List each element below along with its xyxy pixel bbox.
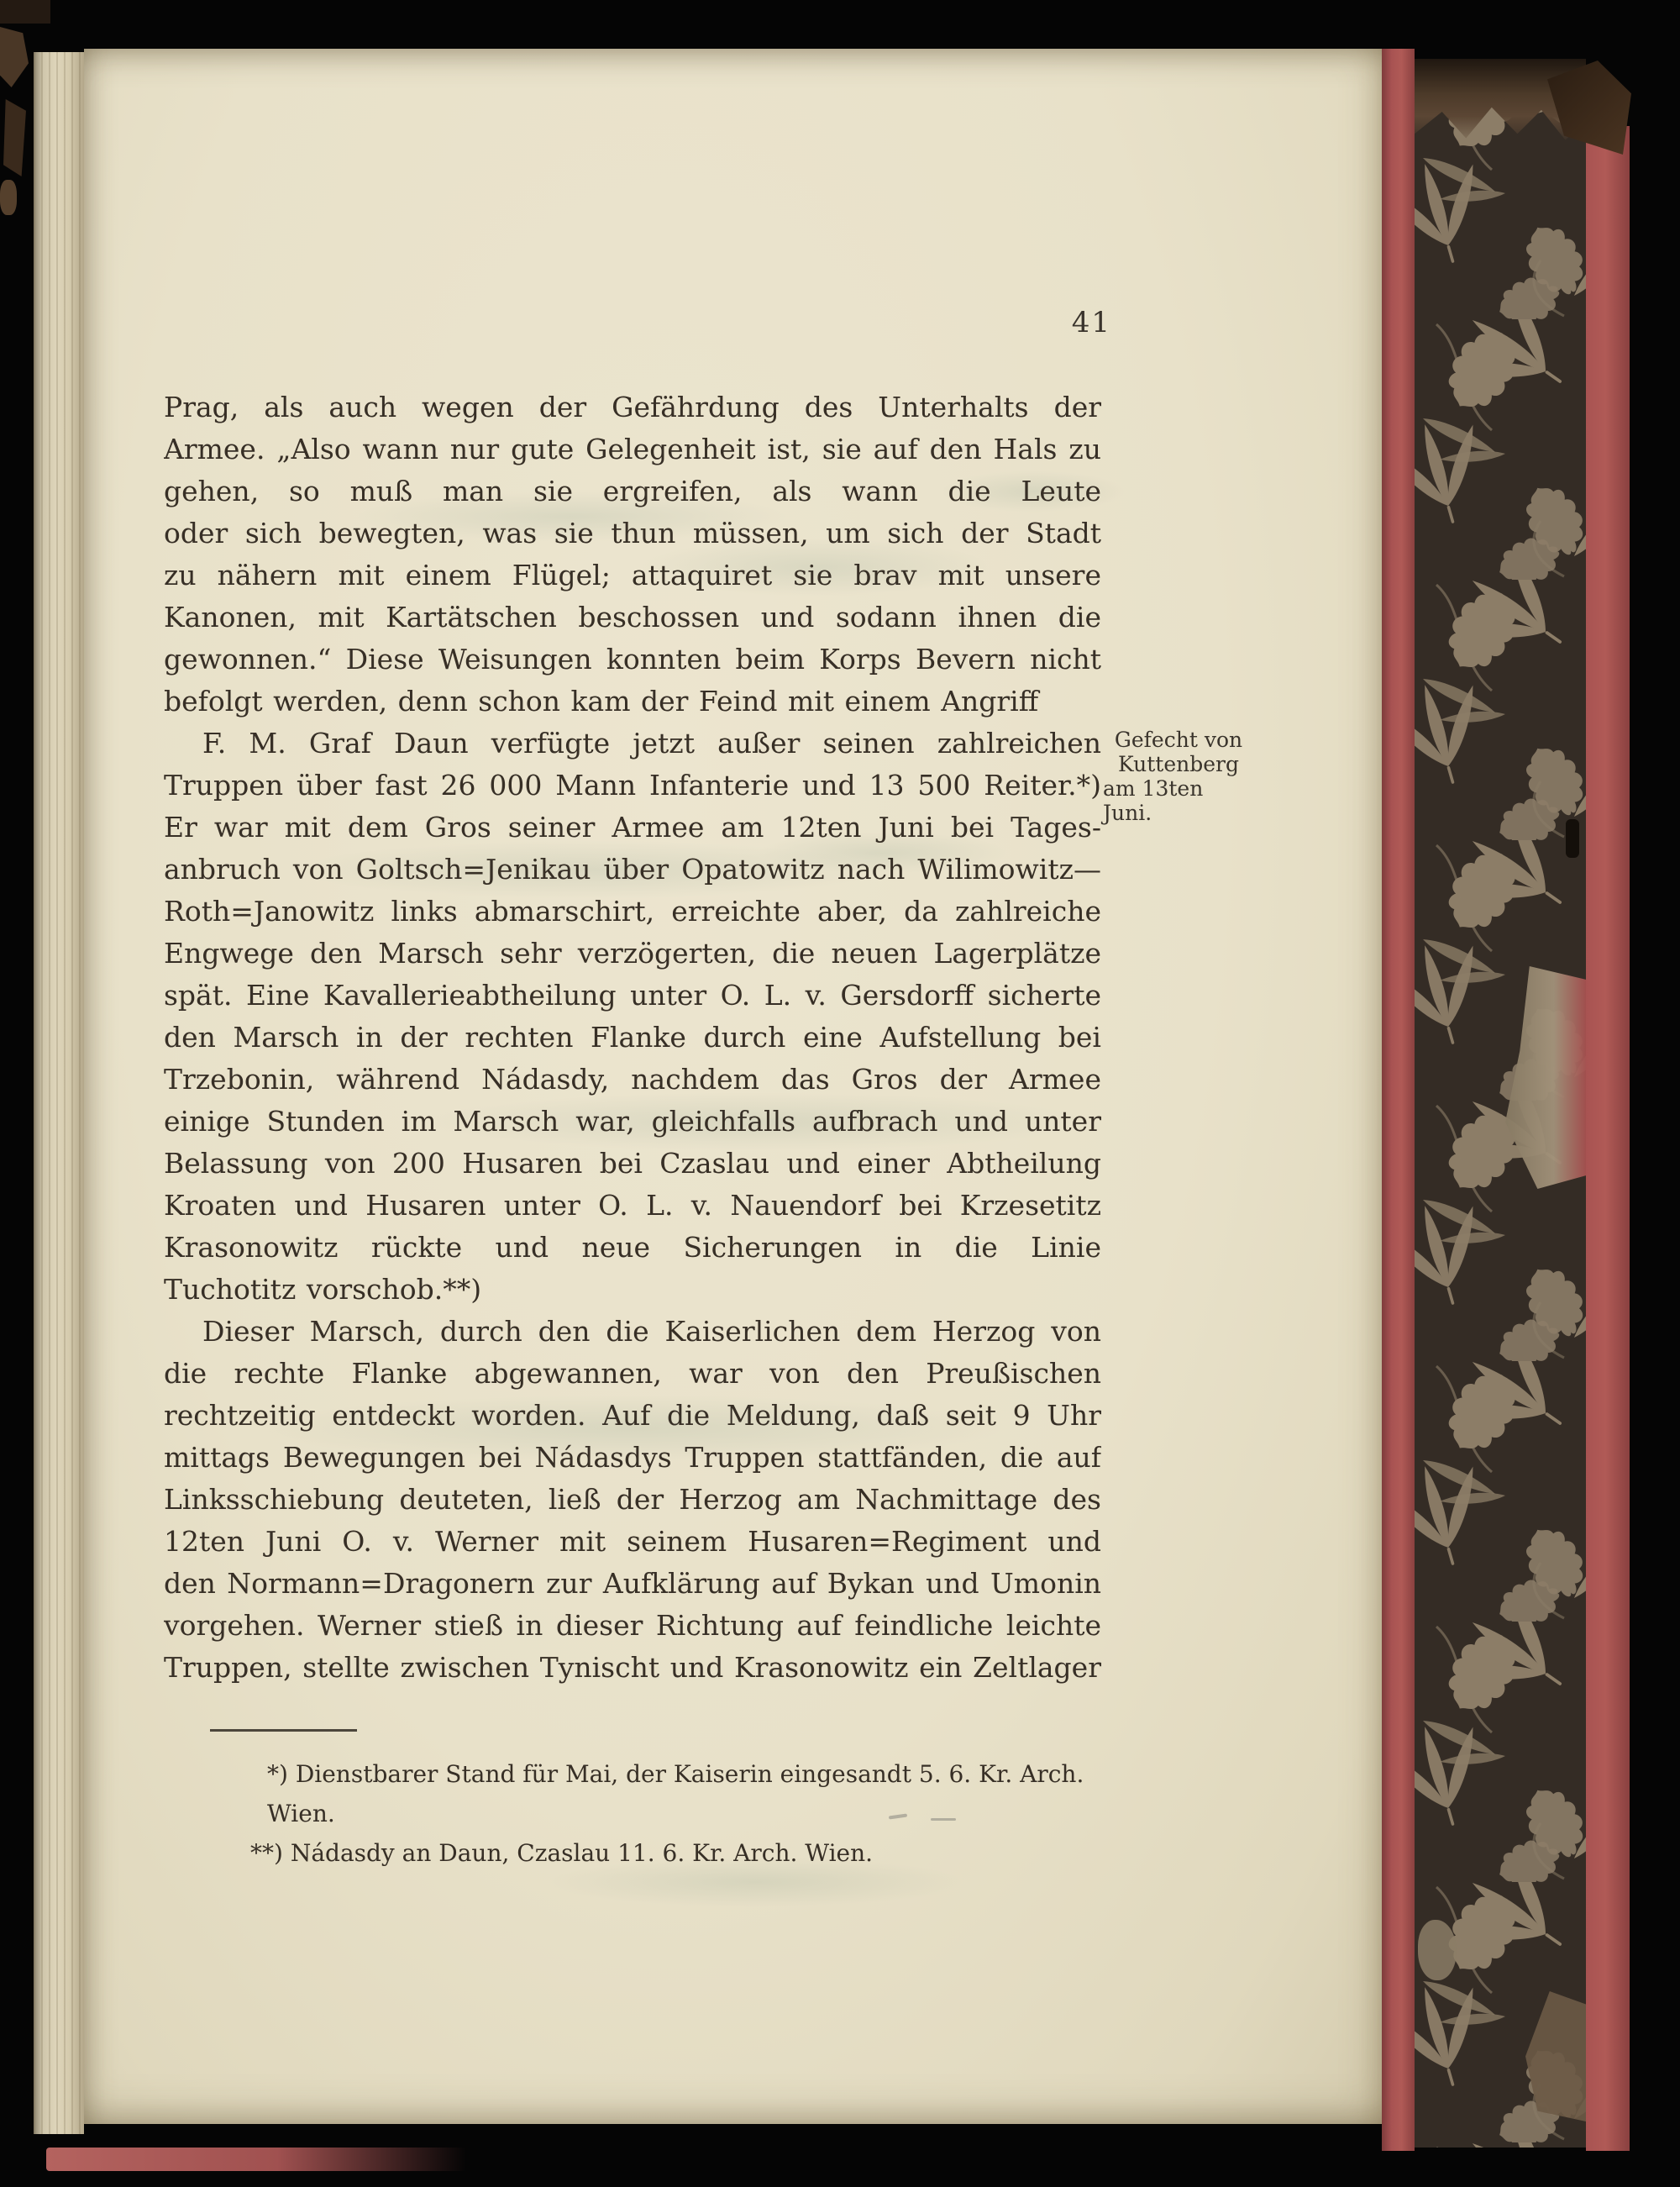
text-line: Trzebonin, während Nádasdy, nachdem das … <box>164 1059 1101 1101</box>
text-line: anbruch von Goltsch=Jenikau über Opatowi… <box>164 849 1101 891</box>
text-line: befolgt werden, denn schon kam der Feind… <box>164 681 1101 723</box>
spine-debris <box>0 27 29 87</box>
text-line: Kroaten und Husaren unter O. L. v. Nauen… <box>164 1185 1101 1227</box>
spine-debris <box>0 180 17 215</box>
text-line: gewonnen.“ Diese Weisungen konnten beim … <box>164 639 1101 681</box>
text-line: Dieser Marsch, durch den die Kaiserliche… <box>164 1311 1101 1353</box>
text-line: F. M. Graf Daun verfügte jetzt außer sei… <box>164 723 1101 765</box>
page-number: 41 <box>1053 306 1111 339</box>
text-line: Truppen über fast 26 000 Mann Infanterie… <box>164 765 1101 807</box>
spine-debris <box>3 99 26 176</box>
text-line: Kanonen, mit Kartätschen beschossen und … <box>164 597 1101 639</box>
text-line: einige Stunden im Marsch war, gleichfall… <box>164 1101 1101 1143</box>
footnote-rule <box>210 1729 357 1732</box>
text-block: Prag, als auch wegen der Gefährdung des … <box>164 386 1101 1689</box>
margin-note-line: am 13ten Juni. <box>1103 776 1254 825</box>
book-scan: 41 Prag, als auch wegen der Gefährdung d… <box>0 0 1680 2187</box>
text-line: spät. Eine Kavallerieabtheilung unter O.… <box>164 975 1101 1017</box>
footnote: *) Dienstbarer Stand für Mai, der Kaiser… <box>150 1754 1107 1833</box>
paragraph: F. M. Graf Daun verfügte jetzt außer sei… <box>164 723 1101 1311</box>
page-stack-edge <box>34 52 84 2134</box>
margin-note: Gefecht vonKuttenbergam 13ten Juni. <box>1103 728 1254 825</box>
text-line: oder sich bewegten, was sie thun müssen,… <box>164 513 1101 555</box>
paragraph: Dieser Marsch, durch den die Kaiserliche… <box>164 1311 1101 1689</box>
book-page: 41 Prag, als auch wegen der Gefährdung d… <box>84 49 1382 2124</box>
paragraph: Prag, als auch wegen der Gefährdung des … <box>164 386 1101 723</box>
text-line: gehen, so muß man sie ergreifen, als wan… <box>164 471 1101 513</box>
footnote: **) Nádasdy an Daun, Czaslau 11. 6. Kr. … <box>150 1833 1107 1873</box>
text-line: Belassung von 200 Husaren bei Czaslau un… <box>164 1143 1101 1185</box>
pencil-mark <box>931 1818 956 1821</box>
text-line: Tuchotitz vorschob.**) <box>164 1269 1101 1311</box>
cover-edge-red <box>1586 126 1630 2151</box>
text-line: Armee. „Also wann nur gute Gelegenheit i… <box>164 428 1101 471</box>
text-line: Er war mit dem Gros seiner Armee am 12te… <box>164 807 1101 849</box>
text-line: den Marsch in der rechten Flanke durch e… <box>164 1017 1101 1059</box>
text-line: den Normann=Dragonern zur Aufklärung auf… <box>164 1563 1101 1605</box>
text-line: vorgehen. Werner stieß in dieser Richtun… <box>164 1605 1101 1647</box>
endpaper-scuff <box>1418 1920 1457 1980</box>
text-line: die rechte Flanke abgewannen, war von de… <box>164 1353 1101 1395</box>
text-line: Engwege den Marsch sehr verzögerten, die… <box>164 933 1101 975</box>
margin-note-line: Gefecht von <box>1103 728 1254 752</box>
text-line: rechtzeitig entdeckt worden. Auf die Mel… <box>164 1395 1101 1437</box>
margin-note-line: Kuttenberg <box>1103 752 1254 776</box>
text-line: 12ten Juni O. v. Werner mit seinem Husar… <box>164 1521 1101 1563</box>
cover-hinge-red <box>1382 49 1415 2151</box>
text-line: Prag, als auch wegen der Gefährdung des … <box>164 386 1101 428</box>
text-line: zu nähern mit einem Flügel; attaquiret s… <box>164 555 1101 597</box>
footnotes: *) Dienstbarer Stand für Mai, der Kaiser… <box>150 1754 1107 1873</box>
spine-debris <box>0 0 50 24</box>
binding-notch <box>1566 819 1579 858</box>
text-line: Linksschiebung deuteten, ließ der Herzog… <box>164 1479 1101 1521</box>
endpaper-leaf-panel <box>1415 59 1586 2148</box>
text-line: Truppen, stellte zwischen Tynischt und K… <box>164 1647 1101 1689</box>
text-line: Roth=Janowitz links abmarschirt, erreich… <box>164 891 1101 933</box>
text-line: mittags Bewegungen bei Nádasdys Truppen … <box>164 1437 1101 1479</box>
cover-bottom-edge <box>46 2148 466 2171</box>
text-line: Krasonowitz rückte und neue Sicherungen … <box>164 1227 1101 1269</box>
